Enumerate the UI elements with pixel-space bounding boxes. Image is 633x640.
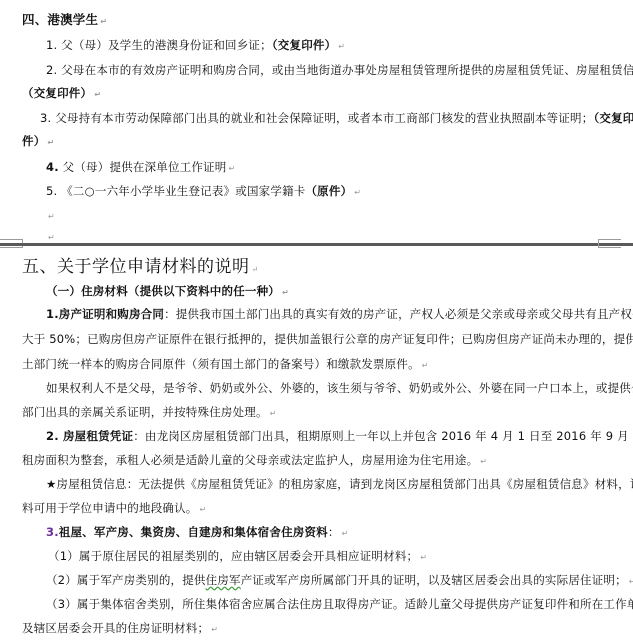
section4-item-5: 5. 《二○一六年小学毕业生登记表》或国家学籍卡（原件）↵	[46, 183, 361, 201]
empty-paragraph: ↵	[46, 207, 55, 225]
section4-item-4: 4. 父（母）提供在深单位工作证明↵	[46, 159, 235, 177]
section5-subheading-housing: （一）住房材料（提供以下资料中的任一种）↵	[46, 283, 289, 301]
p-rental-line1: 2. 房屋租赁凭证：由龙岗区房屋租赁部门出具，租期原则上一年以上并包含 2016…	[46, 428, 633, 444]
page-break-divider	[0, 243, 633, 246]
p-ancestral-house: （1）属于原住居民的祖屋类别的，应由辖区居委会开具相应证明材料；↵	[48, 548, 427, 566]
page-corner-marker-right	[598, 239, 621, 248]
p-rental-line2: 租房面积为整套，承租人必须是适龄儿童的父母亲或法定监护人，房屋用途为住宅用途。↵	[22, 452, 487, 470]
section4-item-1: 1. 父（母）及学生的港澳身份证和回乡证；（交复印件）↵	[46, 37, 345, 55]
p-property-line1: 1.房产证明和购房合同：提供我市国土部门出具的真实有效的房产证，产权人必须是父亲…	[46, 306, 633, 322]
section4-heading: 四、港澳学生↵	[22, 12, 107, 30]
p-rental-info-line1: ★房屋租赁信息：无法提供《房屋租赁凭证》的租房家庭，请到龙岗区房屋租赁部门出具《…	[46, 476, 633, 492]
p-property-line2: 大于 50%；已购房但房产证原件在银行抵押的，提供加盖银行公章的房产证复印件；已…	[22, 331, 633, 347]
grammar-squiggle: 住房军	[206, 573, 241, 587]
p-special-housing-heading: 3.祖屋、军产房、集资房、自建房和集体宿舍住房资料：↵	[46, 524, 349, 542]
p-property-line3: 土部门统一样本的购房合同原件（须有国土部门的备案号）和缴款发票原件。↵	[22, 356, 429, 374]
p-grandparents-line1: 如果权利人不是父母，是爷爷、奶奶或外公、外婆的，该生须与爷爷、奶奶或外公、外婆在…	[46, 380, 633, 396]
section4-item-2-cont: （交复印件）↵	[22, 85, 101, 103]
section4-item-3-cont: 件）↵	[22, 133, 54, 151]
section4-item-3: 3. 父母持有本市劳动保障部门出具的就业和社会保障证明，或者本市工商部门核发的营…	[40, 110, 633, 126]
p-military-house: （2）属于军产房类别的，提供住房军产证或军产房所属部门开具的证明，以及辖区居委会…	[46, 572, 633, 590]
section4-item-2: 2. 父母在本市的有效房产证明和购房合同，或由当地街道办事处房屋租赁管理所提供的…	[46, 62, 633, 78]
p-rental-info-line2: 料可用于学位申请中的地段确认。↵	[22, 500, 206, 518]
p-dormitory-line2: 及辖区居委会开具的住房证明材料；↵	[22, 620, 218, 638]
section5-heading: 五、关于学位申请材料的说明↵	[22, 256, 259, 281]
p-dormitory-line1: （3）属于集体宿舍类别，所住集体宿舍应属合法住房且取得房产证。适龄儿童父母提供房…	[46, 596, 633, 612]
p-grandparents-line2: 部门出具的亲属关系证明，并按特殊住房处理。↵	[22, 404, 277, 422]
